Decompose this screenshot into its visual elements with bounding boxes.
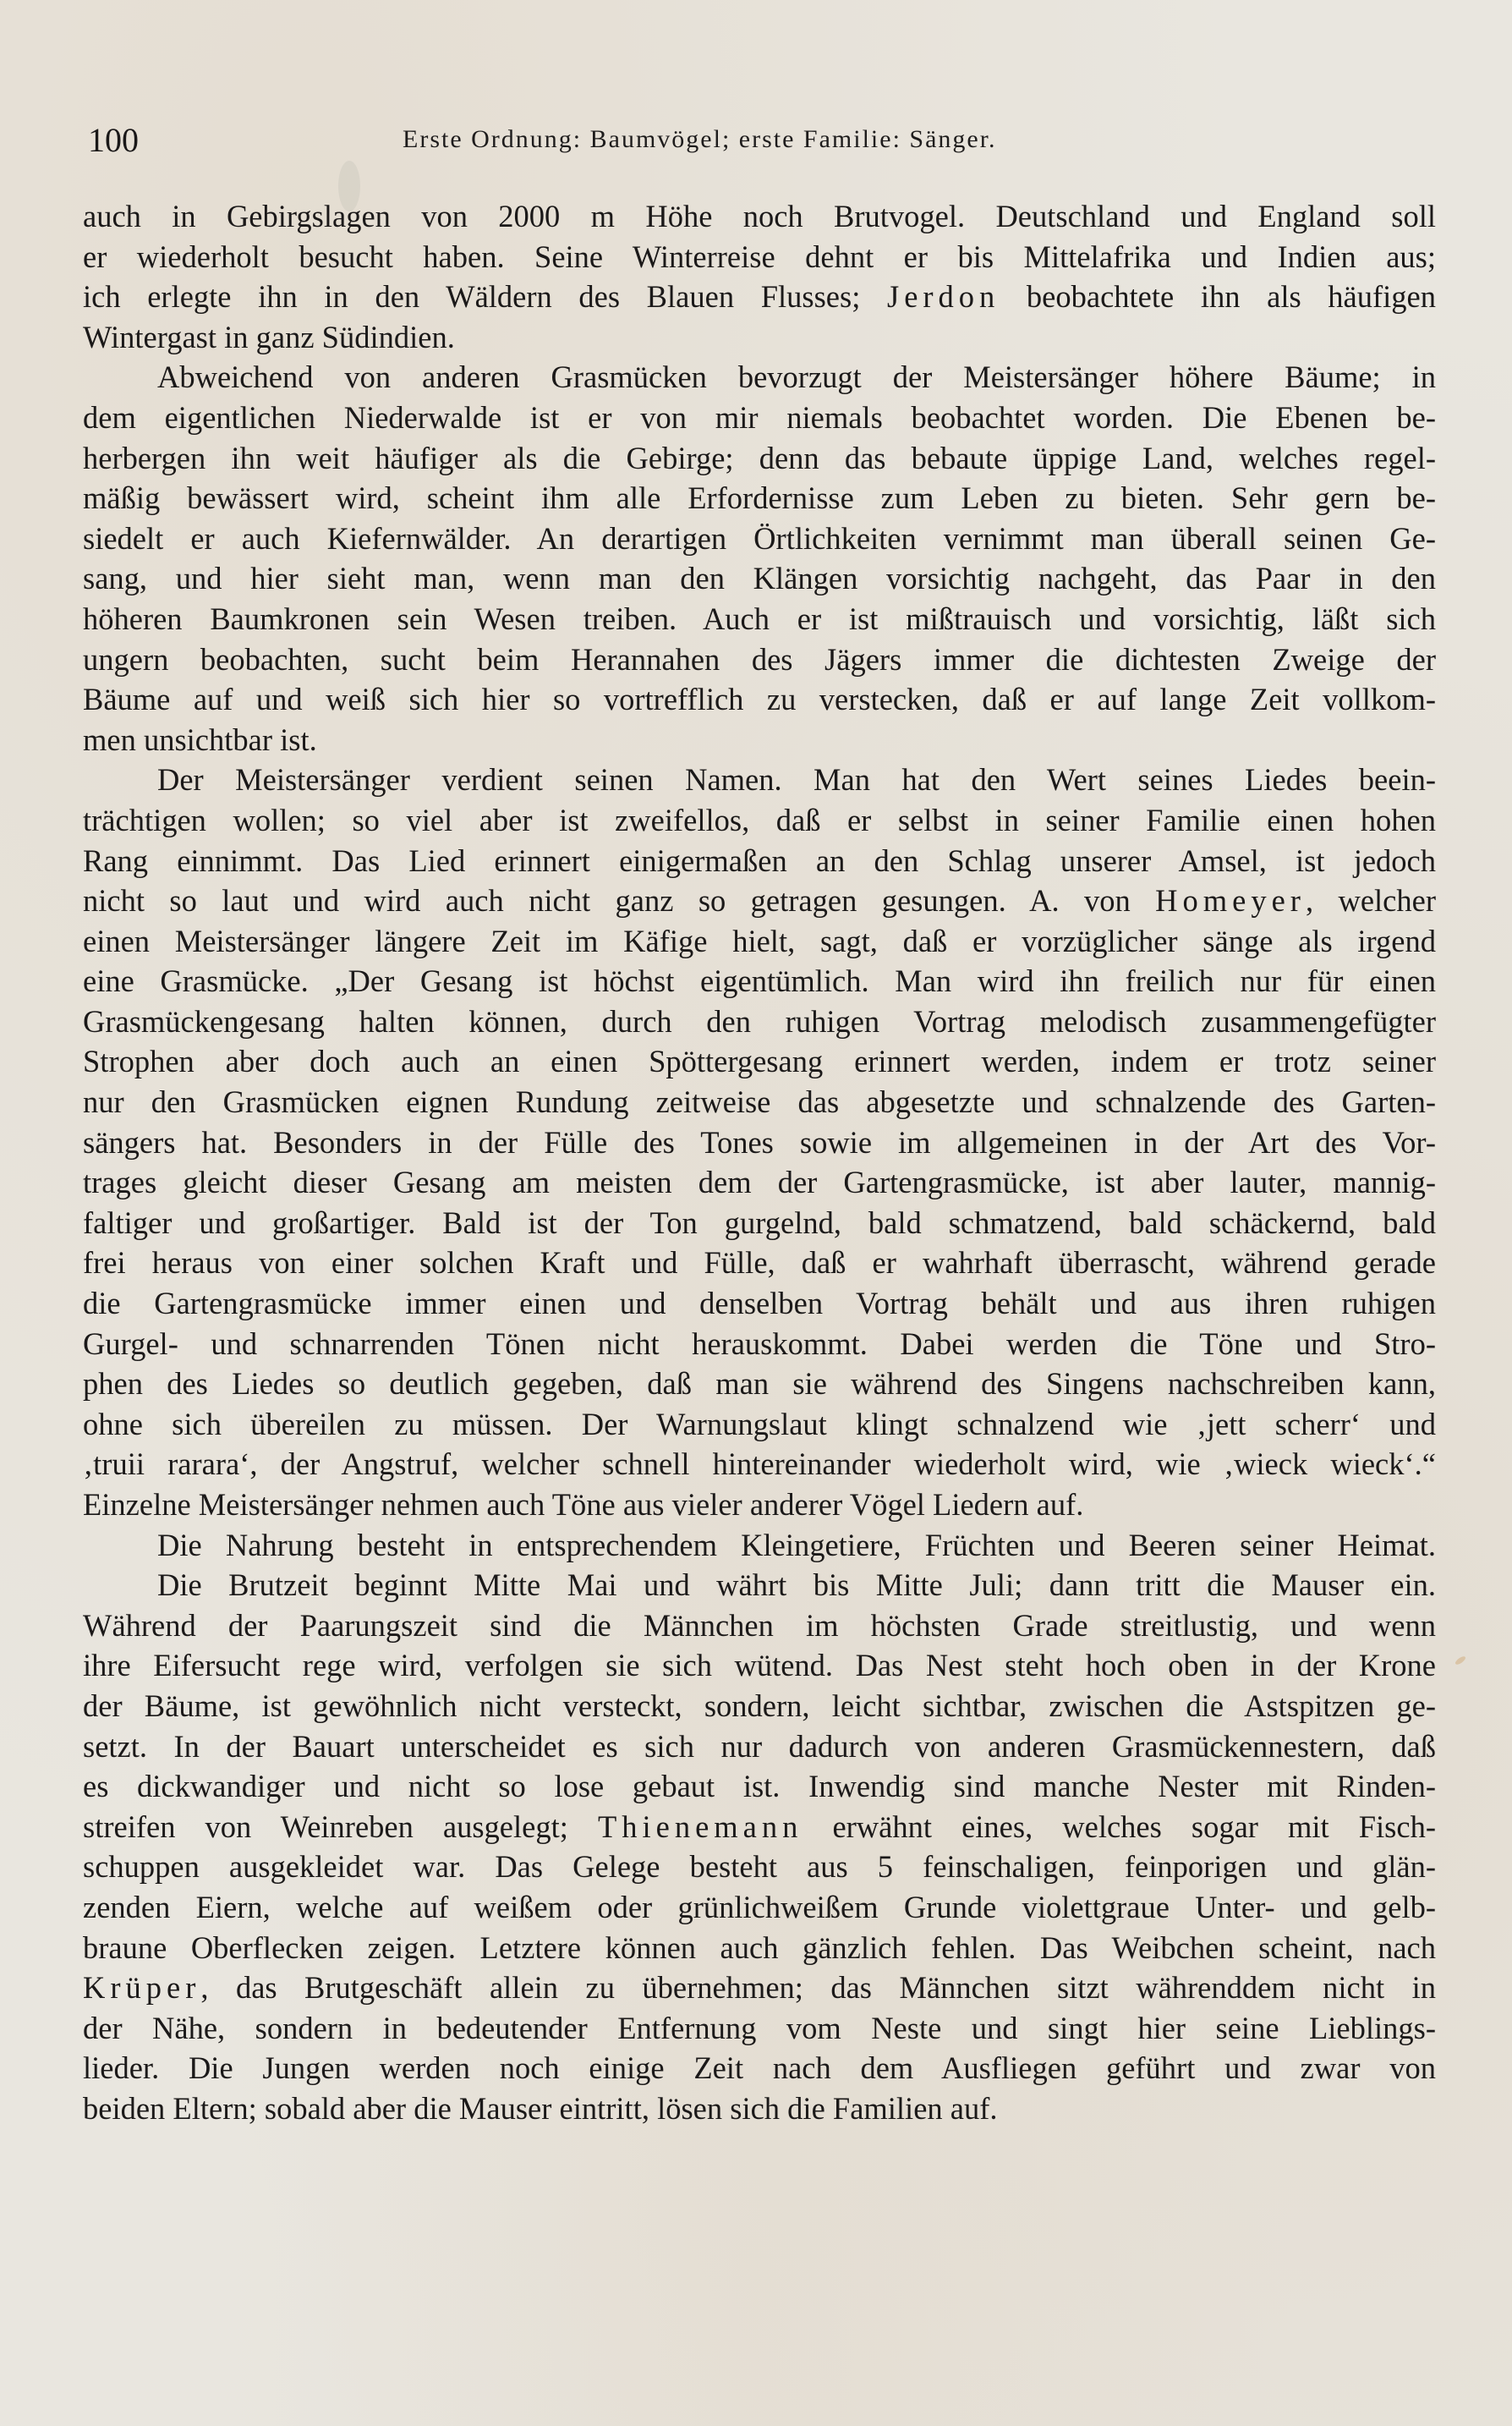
text-line: Der Meistersänger verdient seinen Namen.… [83, 760, 1436, 800]
text-line: einen Meistersänger längere Zeit im Käfi… [83, 921, 1436, 962]
paragraph: Die Nahrung besteht in entsprechendem Kl… [83, 1525, 1436, 1566]
text-line: höheren Baumkronen sein Wesen treiben. A… [83, 599, 1436, 639]
paragraph: Die Brutzeit beginnt Mitte Mai und währt… [83, 1565, 1436, 2128]
text-line: der Nähe, sondern in bedeutender Entfern… [83, 2008, 1436, 2049]
text-line: faltiger und großartiger. Bald ist der T… [83, 1203, 1436, 1243]
text-line: ‚truii rarara‘, der Angstruf, welcher sc… [83, 1444, 1436, 1485]
text-line: sängers hat. Besonders in der Fülle des … [83, 1122, 1436, 1163]
text-line: Gurgel- und schnarrenden Tönen nicht her… [83, 1324, 1436, 1364]
text-line: Rang einnimmt. Das Lied erinnert einiger… [83, 841, 1436, 881]
spaced-author-name: Jerdon [887, 279, 1000, 314]
text-line: sang, und hier sieht man, wenn man den K… [83, 558, 1436, 599]
text-line: siedelt er auch Kiefernwälder. An derart… [83, 519, 1436, 559]
text-line: auch in Gebirgslagen von 2000 m Höhe noc… [83, 196, 1436, 237]
text-line: ich erlegte ihn in den Wäldern des Blaue… [83, 277, 1436, 317]
body-text: auch in Gebirgslagen von 2000 m Höhe noc… [83, 196, 1436, 2129]
text-line: lieder. Die Jungen werden noch einige Ze… [83, 2048, 1436, 2088]
spaced-author-name: Krüper [83, 1970, 200, 2005]
text-line: ohne sich übereilen zu müssen. Der Warnu… [83, 1404, 1436, 1445]
running-header: 100 Erste Ordnung: Baumvögel; erste Fami… [88, 120, 1441, 162]
text-line: ungern beobachten, sucht beim Herannahen… [83, 639, 1436, 680]
text-line: er wiederholt besucht haben. Seine Winte… [83, 237, 1436, 277]
text-line: phen des Liedes so deutlich gegeben, daß… [83, 1364, 1436, 1404]
text-line: Einzelne Meistersänger nehmen auch Töne … [83, 1485, 1436, 1525]
text-line: es dickwandiger und nicht so lose gebaut… [83, 1766, 1436, 1807]
text-line: zenden Eiern, welche auf weißem oder grü… [83, 1887, 1436, 1928]
text-line: Während der Paarungszeit sind die Männch… [83, 1605, 1436, 1646]
text-line: beiden Eltern; sobald aber die Mauser ei… [83, 2088, 1436, 2129]
text-line: Wintergast in ganz Südindien. [83, 317, 1436, 358]
text-line: eine Grasmücke. „Der Gesang ist höchst e… [83, 961, 1436, 1002]
text-line: trages gleicht dieser Gesang am meisten … [83, 1162, 1436, 1203]
text-line: ihre Eifersucht rege wird, verfolgen sie… [83, 1645, 1436, 1686]
paragraph: Der Meistersänger verdient seinen Namen.… [83, 760, 1436, 1524]
text-line: Krüper, das Brutgeschäft allein zu übern… [83, 1968, 1436, 2008]
text-line: Die Nahrung besteht in entsprechendem Kl… [83, 1525, 1436, 1566]
text-line: streifen von Weinreben ausgelegt; Thiene… [83, 1807, 1436, 1847]
text-line: trächtigen wollen; so viel aber ist zwei… [83, 800, 1436, 841]
text-line: schuppen ausgekleidet war. Das Gelege be… [83, 1847, 1436, 1887]
text-line: der Bäume, ist gewöhnlich nicht versteck… [83, 1686, 1436, 1726]
text-line: Strophen aber doch auch an einen Spötter… [83, 1041, 1436, 1082]
text-line: nur den Grasmücken eignen Rundung zeitwe… [83, 1082, 1436, 1122]
book-page: 100 Erste Ordnung: Baumvögel; erste Fami… [0, 0, 1512, 2426]
page-number: 100 [88, 120, 139, 160]
paragraph: auch in Gebirgslagen von 2000 m Höhe noc… [83, 196, 1436, 357]
text-line: die Gartengrasmücke immer einen und dens… [83, 1283, 1436, 1324]
text-line: frei heraus von einer solchen Kraft und … [83, 1243, 1436, 1283]
text-line: mäßig bewässert wird, scheint ihm alle E… [83, 478, 1436, 519]
text-line: men unsichtbar ist. [83, 720, 1436, 760]
running-title: Erste Ordnung: Baumvögel; erste Familie:… [403, 125, 997, 154]
text-line: herbergen ihn weit häufiger als die Gebi… [83, 438, 1436, 479]
text-line: Bäume auf und weiß sich hier so vortreff… [83, 679, 1436, 720]
spaced-author-name: Homeyer [1155, 883, 1306, 918]
text-line: dem eigentlichen Niederwalde ist er von … [83, 398, 1436, 438]
spaced-author-name: Thienemann [598, 1809, 803, 1844]
paragraph: Abweichend von anderen Grasmücken bevorz… [83, 357, 1436, 760]
text-line: Grasmückengesang halten können, durch de… [83, 1002, 1436, 1042]
text-line: Die Brutzeit beginnt Mitte Mai und währt… [83, 1565, 1436, 1605]
text-line: Abweichend von anderen Grasmücken bevorz… [83, 357, 1436, 398]
text-line: setzt. In der Bauart unterscheidet es si… [83, 1726, 1436, 1767]
paper-stain [1454, 1655, 1467, 1666]
text-line: nicht so laut und wird auch nicht ganz s… [83, 881, 1436, 921]
text-line: braune Oberflecken zeigen. Letztere könn… [83, 1928, 1436, 1968]
